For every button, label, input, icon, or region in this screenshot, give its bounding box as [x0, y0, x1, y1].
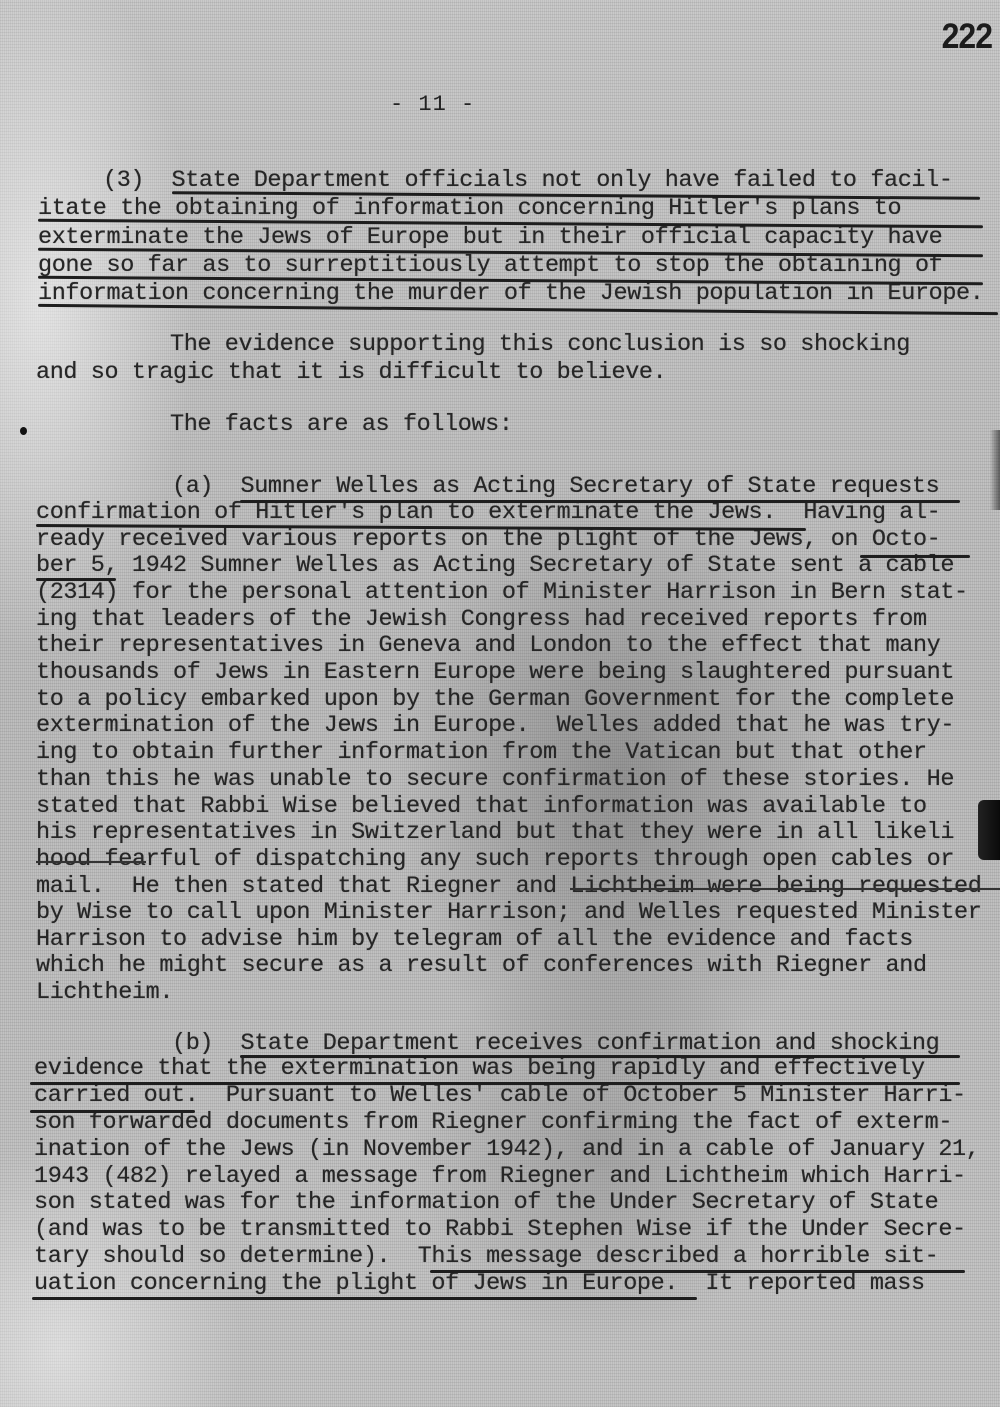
item-a-line: ber 5, 1942 Sumner Welles as Acting Secr…: [36, 553, 954, 579]
binder-clip: [978, 800, 1000, 860]
strikethrough-line: [36, 861, 146, 863]
item-a-line: hood fearful of dispatching any such rep…: [36, 847, 954, 873]
item-a-line: which he might secure as a result of con…: [36, 953, 927, 979]
handwritten-underline: [860, 555, 970, 558]
item-a-line: thousands of Jews in Eastern Europe were…: [36, 660, 954, 686]
section-3-line: information concerning the murder of the…: [38, 281, 983, 307]
handwritten-underline: [30, 1082, 960, 1085]
folio-stamp: 222: [942, 16, 992, 57]
item-a-line: extermination of the Jews in Europe. Wel…: [36, 713, 954, 739]
item-a-line: than this he was unable to secure confir…: [36, 767, 954, 793]
item-b-line: uation concerning the plight of Jews in …: [34, 1271, 925, 1297]
facts-intro: The facts are as follows:: [170, 412, 513, 438]
item-a-line: mail. He then stated that Riegner and Li…: [36, 874, 981, 900]
handwritten-underline: [32, 1297, 697, 1300]
evidence-line: The evidence supporting this conclusion …: [170, 332, 910, 358]
section-3-line: gone so far as to surreptitiously attemp…: [38, 253, 942, 279]
handwritten-underline: [240, 1055, 960, 1058]
item-a-line: their representatives in Geneva and Lond…: [36, 633, 940, 659]
page-number: - 11 -: [390, 92, 475, 117]
item-a-line: confirmation of Hitler's plan to extermi…: [36, 500, 940, 526]
item-a-line: Harrison to advise him by telegram of al…: [36, 927, 913, 953]
handwritten-underline: [36, 578, 116, 581]
evidence-line: and so tragic that it is difficult to be…: [36, 360, 666, 386]
handwritten-underline: [240, 500, 960, 503]
item-a-line: ing that leaders of the Jewish Congress …: [36, 607, 927, 633]
margin-dot-mark: [20, 427, 27, 435]
handwritten-underline: [30, 1110, 195, 1113]
section-3-line: exterminate the Jews of Europe but in th…: [38, 225, 942, 251]
item-b-line: (b) State Department receives confirmati…: [172, 1031, 939, 1057]
item-b-line: 1943 (482) relayed a message from Riegne…: [34, 1164, 966, 1190]
document-page: 222 - 11 - (3) State Department official…: [0, 0, 1000, 1407]
item-b-line: (and was to be transmitted to Rabbi Step…: [34, 1217, 966, 1243]
item-a-line: stated that Rabbi Wise believed that inf…: [36, 794, 927, 820]
item-a-line: (2314) for the personal attention of Min…: [36, 580, 968, 606]
item-b-line: son stated was for the information of th…: [34, 1190, 938, 1216]
item-a-line: his representatives in Switzerland but t…: [36, 820, 954, 846]
item-b-line: ination of the Jews (in November 1942), …: [34, 1137, 979, 1163]
handwritten-underline: [430, 1270, 965, 1273]
item-a-line: Lichtheim.: [36, 980, 173, 1006]
item-a-line: ing to obtain further information from t…: [36, 740, 927, 766]
item-b-line: son forwarded documents from Riegner con…: [34, 1110, 952, 1136]
item-a-line: (a) Sumner Welles as Acting Secretary of…: [172, 474, 939, 500]
item-a-line: by Wise to call upon Minister Harrison; …: [36, 900, 981, 926]
section-3-line: itate the obtaining of information conce…: [38, 196, 901, 222]
item-a-line: to a policy embarked upon by the German …: [36, 687, 954, 713]
section-3-line: (3) State Department officials not only …: [103, 168, 953, 194]
item-b-line: evidence that the extermination was bein…: [34, 1056, 925, 1082]
item-b-line: tary should so determine). This message …: [34, 1244, 938, 1270]
page-edge-shadow: [990, 430, 1000, 510]
strikethrough-line: [570, 888, 1000, 890]
item-b-line: carried out. Pursuant to Welles' cable o…: [34, 1083, 966, 1109]
